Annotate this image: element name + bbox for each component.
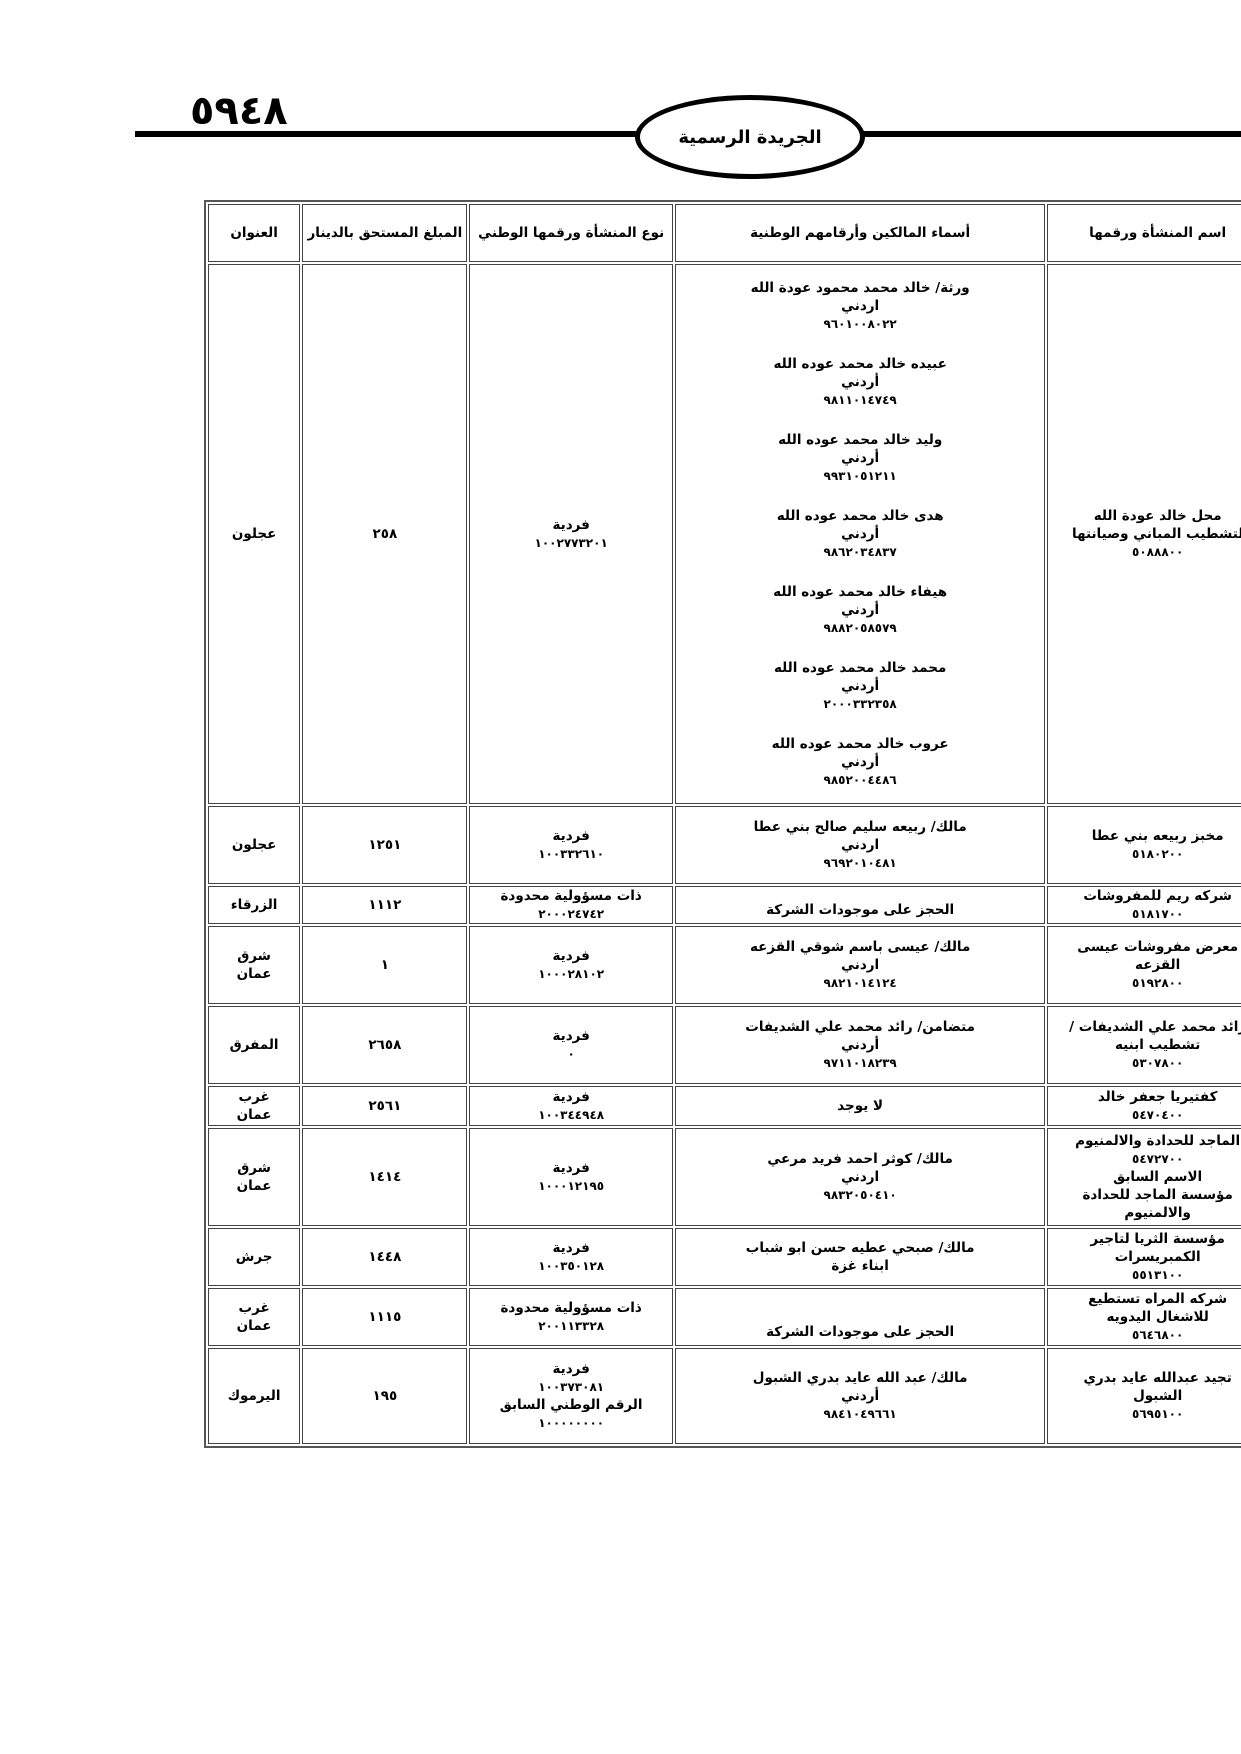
owner-entry: هدى خالد محمد عوده اللهأردني٩٨٦٢٠٣٤٨٣٧ bbox=[680, 507, 1041, 561]
text-line: ١٠٠٠١٢١٩٥ bbox=[474, 1177, 667, 1195]
cell-establishment-name: الماجد للحدادة والالمنيوم٥٤٧٢٧٠٠الاسم ال… bbox=[1047, 1128, 1241, 1226]
text-line: غرب bbox=[213, 1299, 295, 1317]
text-line: فردية bbox=[474, 1239, 667, 1257]
owner-entry: مالك/ عبد الله عايد بدري الشبولأردني٩٨٤١… bbox=[680, 1369, 1041, 1423]
text-line: عمان bbox=[213, 1177, 295, 1195]
text-line: تشطيب ابنيه bbox=[1052, 1036, 1241, 1054]
cell-owners: مالك/ صبحي عطيه حسن ابو شبابابناء غزة bbox=[675, 1228, 1046, 1286]
text-line: مالك/ عبد الله عايد بدري الشبول bbox=[680, 1369, 1041, 1387]
text-line: الاسم السابق bbox=[1052, 1168, 1241, 1186]
cell-amount: ١ bbox=[302, 926, 467, 1004]
text-line: هدى خالد محمد عوده الله bbox=[680, 507, 1041, 525]
text-line: هيفاء خالد محمد عوده الله bbox=[680, 583, 1041, 601]
cell-address: غربعمان bbox=[208, 1086, 300, 1126]
text-line: تجيد عبدالله عايد بدري bbox=[1052, 1369, 1241, 1387]
column-header-owners: أسماء المالكين وأرقامهم الوطنية bbox=[675, 204, 1046, 262]
cell-amount: ١٤٤٨ bbox=[302, 1228, 467, 1286]
text-line: ٥٦٩٥١٠٠ bbox=[1052, 1405, 1241, 1423]
text-line: ١٠٠٠٢٨١٠٢ bbox=[474, 965, 667, 983]
text-line: الشبول bbox=[1052, 1387, 1241, 1405]
text-line: عمان bbox=[213, 1106, 295, 1124]
text-line: ٩٦٠١٠٠٨٠٢٢ bbox=[680, 315, 1041, 333]
table-row: ١٤٧ شركه ريم للمفروشات٥١٨١٧٠٠ الحجز على … bbox=[208, 886, 1241, 924]
cell-owners: مالك/ كوثر احمد فريد مرعياردني٩٨٣٢٠٥٠٤١٠ bbox=[675, 1128, 1046, 1226]
table-row: ١٥١ الماجد للحدادة والالمنيوم٥٤٧٢٧٠٠الاس… bbox=[208, 1128, 1241, 1226]
text-line: ٢٠٠٠٢٤٧٤٢ bbox=[474, 905, 667, 923]
text-line: ٩٨٦٢٠٣٤٨٣٧ bbox=[680, 543, 1041, 561]
cell-amount: ١٤١٤ bbox=[302, 1128, 467, 1226]
text-line: ٩٨٤١٠٤٩٦٦١ bbox=[680, 1405, 1041, 1423]
text-line: أردني bbox=[680, 1036, 1041, 1054]
text-line: ١٠٠٠٠٠٠٠٠ bbox=[474, 1414, 667, 1432]
text-line: مالك/ عيسى باسم شوقي القزعه bbox=[680, 938, 1041, 956]
cell-type: ذات مسؤولية محدودة٢٠٠٠٢٤٧٤٢ bbox=[469, 886, 672, 924]
text-line: الحجز على موجودات الشركة bbox=[680, 901, 1041, 919]
text-line: أردني bbox=[680, 1387, 1041, 1405]
text-line: ٩٦٩٢٠١٠٤٨١ bbox=[680, 854, 1041, 872]
cell-amount: ١٢٥١ bbox=[302, 806, 467, 884]
cell-type: فردية١٠٠٠٢٨١٠٢ bbox=[469, 926, 672, 1004]
text-line: عروب خالد محمد عوده الله bbox=[680, 735, 1041, 753]
owner-entry: الحجز على موجودات الشركة bbox=[680, 901, 1041, 919]
text-line: ٩٩٣١٠٥١٢١١ bbox=[680, 467, 1041, 485]
cell-type: فردية٠ bbox=[469, 1006, 672, 1084]
text-line: والالمنيوم bbox=[1052, 1204, 1241, 1222]
cell-owners: لا يوجد bbox=[675, 1086, 1046, 1126]
text-line: متضامن/ رائد محمد علي الشديفات bbox=[680, 1018, 1041, 1036]
text-line: فردية bbox=[474, 1088, 667, 1106]
text-line: شرق bbox=[213, 947, 295, 965]
text-line: غرب bbox=[213, 1088, 295, 1106]
text-line: لا يوجد bbox=[680, 1097, 1041, 1115]
owner-entry: الحجز على موجودات الشركة bbox=[680, 1323, 1041, 1341]
owner-entry: لا يوجد bbox=[680, 1097, 1041, 1115]
cell-type: فردية١٠٠٣٥٠١٢٨ bbox=[469, 1228, 672, 1286]
text-line: اردني bbox=[680, 1168, 1041, 1186]
text-line: ٥٦٤٦٨٠٠ bbox=[1052, 1326, 1241, 1344]
text-line: عمان bbox=[213, 1317, 295, 1335]
table-row: ١٥٢ مؤسسة الثريا لتاجيرالكمبريسرات٥٥١٣١٠… bbox=[208, 1228, 1241, 1286]
text-line: عمان bbox=[213, 965, 295, 983]
cell-owners: الحجز على موجودات الشركة bbox=[675, 886, 1046, 924]
text-line: ٩٨٢١٠١٤١٢٤ bbox=[680, 974, 1041, 992]
text-line: ٥٠٨٨٨٠٠ bbox=[1052, 543, 1241, 561]
text-line: القزعه bbox=[1052, 956, 1241, 974]
page-number: ٥٩٤٨ bbox=[190, 88, 288, 134]
text-line: ٥٤٧٢٧٠٠ bbox=[1052, 1150, 1241, 1168]
text-line: للاشغال اليدويه bbox=[1052, 1308, 1241, 1326]
table-row: ١٥٠ كفتيريا جعفر خالد٥٤٧٠٤٠٠ لا يوجد فرد… bbox=[208, 1086, 1241, 1126]
text-line: محمد خالد محمد عوده الله bbox=[680, 659, 1041, 677]
text-line: اردني bbox=[680, 956, 1041, 974]
column-header-address: العنوان bbox=[208, 204, 300, 262]
text-line: ٩٨٨٢٠٥٨٥٧٩ bbox=[680, 619, 1041, 637]
text-line: فردية bbox=[474, 947, 667, 965]
text-line: ذات مسؤولية محدودة bbox=[474, 887, 667, 905]
text-line: فردية bbox=[474, 827, 667, 845]
text-line: الماجد للحدادة والالمنيوم bbox=[1052, 1132, 1241, 1150]
text-line: أردني bbox=[680, 373, 1041, 391]
text-line: ١٠٠٢٧٧٣٢٠١ bbox=[474, 534, 667, 552]
column-header-amount: المبلغ المستحق بالدينار bbox=[302, 204, 467, 262]
cell-type: فردية١٠٠٣٣٢٦١٠ bbox=[469, 806, 672, 884]
text-line: ابناء غزة bbox=[680, 1257, 1041, 1275]
text-line: ١٠٠٣٥٠١٢٨ bbox=[474, 1257, 667, 1275]
cell-type: فردية١٠٠٣٤٤٩٤٨ bbox=[469, 1086, 672, 1126]
cell-owners: مالك/ عيسى باسم شوقي القزعهاردني٩٨٢١٠١٤١… bbox=[675, 926, 1046, 1004]
text-line: شركه ريم للمفروشات bbox=[1052, 887, 1241, 905]
cell-address: اليرموك bbox=[208, 1348, 300, 1444]
cell-establishment-name: كفتيريا جعفر خالد٥٤٧٠٤٠٠ bbox=[1047, 1086, 1241, 1126]
cell-owners: ورثة/ خالد محمد محمود عودة اللهاردني٩٦٠١… bbox=[675, 264, 1046, 804]
text-line: عجلون bbox=[213, 836, 295, 854]
owner-entry: مالك/ ربيعه سليم صالح بني عطااردني٩٦٩٢٠١… bbox=[680, 818, 1041, 872]
text-line: ٩٨٣٢٠٥٠٤١٠ bbox=[680, 1186, 1041, 1204]
text-line: محل خالد عودة الله bbox=[1052, 507, 1241, 525]
table-row: ١٤٥ محل خالد عودة اللهلتشطيب المباني وصي… bbox=[208, 264, 1241, 804]
cell-amount: ٢٥٨ bbox=[302, 264, 467, 804]
text-line: مالك/ ربيعه سليم صالح بني عطا bbox=[680, 818, 1041, 836]
text-line: رائد محمد علي الشديفات / bbox=[1052, 1018, 1241, 1036]
text-line: أردني bbox=[680, 449, 1041, 467]
text-line: مخبز ربيعه بني عطا bbox=[1052, 827, 1241, 845]
column-header-establishment-name: اسم المنشأة ورقمها bbox=[1047, 204, 1241, 262]
text-line: ٥٤٧٠٤٠٠ bbox=[1052, 1106, 1241, 1124]
text-line: ٩٧١١٠١٨٢٣٩ bbox=[680, 1054, 1041, 1072]
owner-entry: مالك/ صبحي عطيه حسن ابو شبابابناء غزة bbox=[680, 1239, 1041, 1275]
text-line: اردني bbox=[680, 297, 1041, 315]
text-line: الكمبريسرات bbox=[1052, 1248, 1241, 1266]
cell-owners: متضامن/ رائد محمد علي الشديفاتأردني٩٧١١٠… bbox=[675, 1006, 1046, 1084]
cell-amount: ٢٦٥٨ bbox=[302, 1006, 467, 1084]
table-body: ١٤٥ محل خالد عودة اللهلتشطيب المباني وصي… bbox=[208, 264, 1241, 1444]
text-line: الرقم الوطني السابق bbox=[474, 1396, 667, 1414]
cell-establishment-name: شركه المراه تستطيعللاشغال اليدويه٥٦٤٦٨٠٠ bbox=[1047, 1288, 1241, 1346]
text-line: ٥١٨١٧٠٠ bbox=[1052, 905, 1241, 923]
text-line: أردني bbox=[680, 601, 1041, 619]
text-line: ٢٠٠١١٣٣٢٨ bbox=[474, 1317, 667, 1335]
cell-amount: ١١١٥ bbox=[302, 1288, 467, 1346]
cell-establishment-name: مخبز ربيعه بني عطا٥١٨٠٢٠٠ bbox=[1047, 806, 1241, 884]
owner-entry: هيفاء خالد محمد عوده اللهأردني٩٨٨٢٠٥٨٥٧٩ bbox=[680, 583, 1041, 637]
owner-entry: ورثة/ خالد محمد محمود عودة اللهاردني٩٦٠١… bbox=[680, 279, 1041, 333]
publication-title: الجريدة الرسمية bbox=[678, 127, 821, 148]
text-line: فردية bbox=[474, 1159, 667, 1177]
column-header-type: نوع المنشأة ورقمها الوطني bbox=[469, 204, 672, 262]
text-line: أردني bbox=[680, 525, 1041, 543]
text-line: ٢٠٠٠٣٣٢٣٥٨ bbox=[680, 695, 1041, 713]
cell-establishment-name: تجيد عبدالله عايد بدريالشبول٥٦٩٥١٠٠ bbox=[1047, 1348, 1241, 1444]
text-line: اليرموك bbox=[213, 1387, 295, 1405]
text-line: ٥٥١٣١٠٠ bbox=[1052, 1266, 1241, 1284]
table-header-row: الرقم اسم المنشأة ورقمها أسماء المالكين … bbox=[208, 204, 1241, 262]
table-row: ١٤٦ مخبز ربيعه بني عطا٥١٨٠٢٠٠ مالك/ ربيع… bbox=[208, 806, 1241, 884]
text-line: ٥١٩٢٨٠٠ bbox=[1052, 974, 1241, 992]
text-line: فردية bbox=[474, 1360, 667, 1378]
cell-address: شرقعمان bbox=[208, 926, 300, 1004]
cell-type: ذات مسؤولية محدودة٢٠٠١١٣٣٢٨ bbox=[469, 1288, 672, 1346]
table-row: ١٥٣ شركه المراه تستطيعللاشغال اليدويه٥٦٤… bbox=[208, 1288, 1241, 1346]
text-line: أردني bbox=[680, 753, 1041, 771]
text-line: مالك/ كوثر احمد فريد مرعي bbox=[680, 1150, 1041, 1168]
owner-entry: وليد خالد محمد عوده اللهأردني٩٩٣١٠٥١٢١١ bbox=[680, 431, 1041, 485]
text-line: مؤسسة الماجد للحدادة bbox=[1052, 1186, 1241, 1204]
cell-establishment-name: مؤسسة الثريا لتاجيرالكمبريسرات٥٥١٣١٠٠ bbox=[1047, 1228, 1241, 1286]
cell-address: شرقعمان bbox=[208, 1128, 300, 1226]
cell-amount: ١٩٥ bbox=[302, 1348, 467, 1444]
owner-entry: مالك/ عيسى باسم شوقي القزعهاردني٩٨٢١٠١٤١… bbox=[680, 938, 1041, 992]
owner-entry: محمد خالد محمد عوده اللهأردني٢٠٠٠٣٣٢٣٥٨ bbox=[680, 659, 1041, 713]
title-oval: الجريدة الرسمية bbox=[635, 95, 865, 179]
text-line: الزرقاء bbox=[213, 896, 295, 914]
text-line: فردية bbox=[474, 1027, 667, 1045]
cell-type: فردية١٠٠٣٧٣٠٨١الرقم الوطني السابق١٠٠٠٠٠٠… bbox=[469, 1348, 672, 1444]
cell-address: غربعمان bbox=[208, 1288, 300, 1346]
cell-owners: مالك/ ربيعه سليم صالح بني عطااردني٩٦٩٢٠١… bbox=[675, 806, 1046, 884]
cell-address: الزرقاء bbox=[208, 886, 300, 924]
cell-establishment-name: رائد محمد علي الشديفات /تشطيب ابنيه٥٣٠٧٨… bbox=[1047, 1006, 1241, 1084]
text-line: ذات مسؤولية محدودة bbox=[474, 1299, 667, 1317]
owner-entry: متضامن/ رائد محمد علي الشديفاتأردني٩٧١١٠… bbox=[680, 1018, 1041, 1072]
text-line: ١٠٠٣٧٣٠٨١ bbox=[474, 1378, 667, 1396]
owner-entry: عبيده خالد محمد عوده اللهأردني٩٨١١٠١٤٧٤٩ bbox=[680, 355, 1041, 409]
text-line: ٠ bbox=[474, 1045, 667, 1063]
text-line: ١٠٠٣٤٤٩٤٨ bbox=[474, 1106, 667, 1124]
text-line: لتشطيب المباني وصيانتها bbox=[1052, 525, 1241, 543]
text-line: ٥٣٠٧٨٠٠ bbox=[1052, 1054, 1241, 1072]
cell-address: جرش bbox=[208, 1228, 300, 1286]
text-line: شركه المراه تستطيع bbox=[1052, 1290, 1241, 1308]
cell-establishment-name: محل خالد عودة اللهلتشطيب المباني وصيانته… bbox=[1047, 264, 1241, 804]
owner-entry: مالك/ كوثر احمد فريد مرعياردني٩٨٣٢٠٥٠٤١٠ bbox=[680, 1150, 1041, 1204]
text-line: ٩٨٥٢٠٠٤٤٨٦ bbox=[680, 771, 1041, 789]
table-row: ١٤٩ رائد محمد علي الشديفات /تشطيب ابنيه٥… bbox=[208, 1006, 1241, 1084]
cell-owners: مالك/ عبد الله عايد بدري الشبولأردني٩٨٤١… bbox=[675, 1348, 1046, 1444]
cell-amount: ١١١٢ bbox=[302, 886, 467, 924]
text-line: عبيده خالد محمد عوده الله bbox=[680, 355, 1041, 373]
text-line: كفتيريا جعفر خالد bbox=[1052, 1088, 1241, 1106]
cell-type: فردية١٠٠٢٧٧٣٢٠١ bbox=[469, 264, 672, 804]
text-line: المفرق bbox=[213, 1036, 295, 1054]
text-line: فردية bbox=[474, 516, 667, 534]
text-line: عجلون bbox=[213, 525, 295, 543]
table-row: ١٤٨ معرض مفروشات عيسىالقزعه٥١٩٢٨٠٠ مالك/… bbox=[208, 926, 1241, 1004]
text-line: ٩٨١١٠١٤٧٤٩ bbox=[680, 391, 1041, 409]
cell-establishment-name: شركه ريم للمفروشات٥١٨١٧٠٠ bbox=[1047, 886, 1241, 924]
text-line: الحجز على موجودات الشركة bbox=[680, 1323, 1041, 1341]
cell-amount: ٢٥٦١ bbox=[302, 1086, 467, 1126]
cell-owners: الحجز على موجودات الشركة bbox=[675, 1288, 1046, 1346]
cell-type: فردية١٠٠٠١٢١٩٥ bbox=[469, 1128, 672, 1226]
text-line: ورثة/ خالد محمد محمود عودة الله bbox=[680, 279, 1041, 297]
text-line: ١٠٠٣٣٢٦١٠ bbox=[474, 845, 667, 863]
cell-address: عجلون bbox=[208, 806, 300, 884]
table-row: ١٥٤ تجيد عبدالله عايد بدريالشبول٥٦٩٥١٠٠ … bbox=[208, 1348, 1241, 1444]
cell-address: المفرق bbox=[208, 1006, 300, 1084]
cell-establishment-name: معرض مفروشات عيسىالقزعه٥١٩٢٨٠٠ bbox=[1047, 926, 1241, 1004]
text-line: جرش bbox=[213, 1248, 295, 1266]
text-line: مؤسسة الثريا لتاجير bbox=[1052, 1230, 1241, 1248]
cell-address: عجلون bbox=[208, 264, 300, 804]
registry-table: الرقم اسم المنشأة ورقمها أسماء المالكين … bbox=[204, 200, 1241, 1448]
text-line: شرق bbox=[213, 1159, 295, 1177]
text-line: مالك/ صبحي عطيه حسن ابو شباب bbox=[680, 1239, 1041, 1257]
text-line: ٥١٨٠٢٠٠ bbox=[1052, 845, 1241, 863]
text-line: أردني bbox=[680, 677, 1041, 695]
text-line: وليد خالد محمد عوده الله bbox=[680, 431, 1041, 449]
owner-entry: عروب خالد محمد عوده اللهأردني٩٨٥٢٠٠٤٤٨٦ bbox=[680, 735, 1041, 789]
text-line: اردني bbox=[680, 836, 1041, 854]
text-line: معرض مفروشات عيسى bbox=[1052, 938, 1241, 956]
